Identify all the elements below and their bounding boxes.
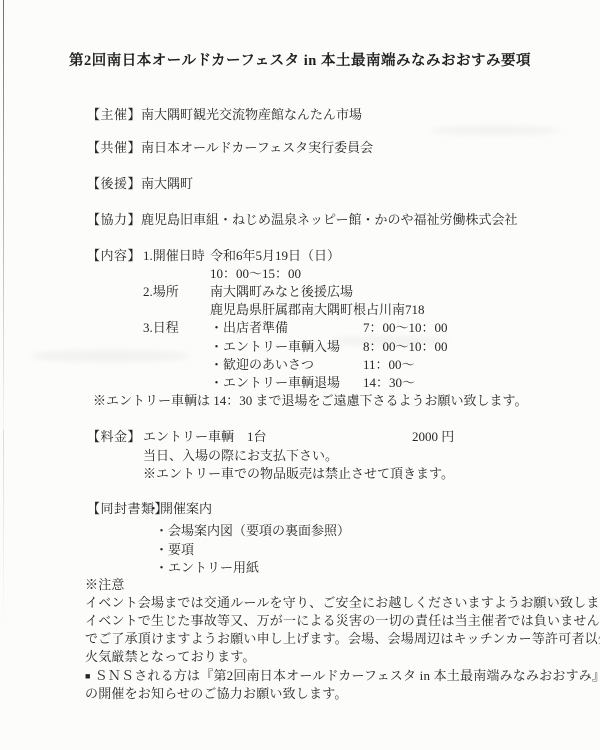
schedule-event: ・エントリー車輌退場 (210, 374, 340, 391)
venue-address: 鹿児島県肝属郡南大隅町根占川南718 (210, 301, 425, 318)
enclosed-item: ・要項 (155, 541, 194, 558)
notice-line: イベントで生じた事故等又、万が一による災害の一切の責任は当主催者では負いませんの (85, 612, 600, 629)
sns-text: ＳＮＳされる方は『第2回南日本オールドカーフェスタ in 本土最南端みなみおおす… (95, 668, 600, 683)
event-date: 令和6年5月19日（日） (210, 247, 340, 264)
support-value: 南大隅町 (141, 176, 193, 191)
cohost-label: 【共催】 (87, 140, 141, 155)
content-item1-no: 1.開催日時 (143, 247, 205, 264)
organizer-row-cohost: 【共催】南日本オールドカーフェスタ実行委員会 (87, 139, 373, 156)
schedule-time: 11：00～ (363, 356, 415, 373)
fee-item: エントリー車輌 1台 (143, 428, 267, 445)
cooperation-label: 【協力】 (87, 212, 141, 227)
exit-note: ※エントリー車輌は 14：30 まで退場をご遠慮下さるようお願い致します。 (93, 392, 527, 409)
notice-line: イベント会場までは交通ルールを守り、ご安全にお越しくださいますようお願い致します… (85, 594, 600, 611)
host-value: 南大隅町観光交流物産館なんたん市場 (141, 107, 362, 122)
content-label: 【内容】 (87, 247, 141, 264)
content-item3-no: 3.日程 (143, 319, 179, 336)
organizer-row-host: 【主催】南大隅町観光交流物産館なんたん市場 (87, 106, 362, 123)
schedule-time: 7：00～10：00 (363, 319, 448, 336)
schedule-event: ・出店者準備 (210, 319, 288, 336)
venue-name: 南大隅町みなと後援広場 (210, 283, 353, 300)
cooperation-value: 鹿児島旧車組・ねじめ温泉ネッピー館・かのや福祉労働株式会社 (141, 212, 517, 227)
schedule-time: 8：00～10：00 (363, 338, 448, 355)
notice-line: でご了承頂けますようお願い申し上げます。会場、会場周辺はキッチンカー等許可者以外… (85, 630, 600, 647)
organizer-row-cooperation: 【協力】鹿児島旧車組・ねじめ温泉ネッピー館・かのや福祉労働株式会社 (87, 211, 518, 228)
square-bullet-icon: ■ (85, 671, 91, 681)
scan-edge-line-lower (3, 430, 4, 630)
notice-heading: ※注意 (85, 576, 125, 593)
enclosed-item: ・会場案内図（要項の裏面参照） (155, 522, 350, 539)
fee-sales-note: ※エントリー車での物品販売は禁止させて頂きます。 (143, 465, 454, 482)
sns-line: の開催をお知らせのご協力お願い致します。 (85, 685, 348, 702)
document-page: 第2回南日本オールドカーフェスタ in 本土最南端みなみおおすみ要項 【主催】南… (0, 0, 600, 750)
schedule-event: ・歓迎のあいさつ (210, 356, 314, 373)
content-item2-no: 2.場所 (143, 283, 179, 300)
scan-smudge (30, 350, 190, 362)
cohost-value: 南日本オールドカーフェスタ実行委員会 (141, 140, 373, 155)
organizer-row-support: 【後援】南大隅町 (87, 175, 193, 192)
support-label: 【後援】 (87, 176, 141, 191)
fee-payment-note: 当日、入場の際にお支払下さい。 (143, 447, 338, 464)
schedule-time: 14：30～ (363, 374, 415, 391)
notice-line: 火気厳禁となっております。 (85, 648, 256, 665)
fee-price: 2000 円 (412, 428, 454, 445)
event-hours: 10：00～15：00 (210, 265, 301, 282)
enclosed-item: ・エントリー用紙 (155, 559, 259, 576)
schedule-event: ・エントリー車輌入場 (210, 338, 340, 355)
host-label: 【主催】 (87, 107, 141, 122)
scan-smudge (430, 126, 560, 135)
document-title: 第2回南日本オールドカーフェスタ in 本土最南端みなみおおすみ要項 (0, 53, 600, 70)
fee-label: 【料金】 (87, 428, 141, 445)
sns-line: ■ＳＮＳされる方は『第2回南日本オールドカーフェスタ in 本土最南端みなみおお… (85, 667, 600, 685)
enclosed-item: ・開催案内 (147, 500, 212, 517)
